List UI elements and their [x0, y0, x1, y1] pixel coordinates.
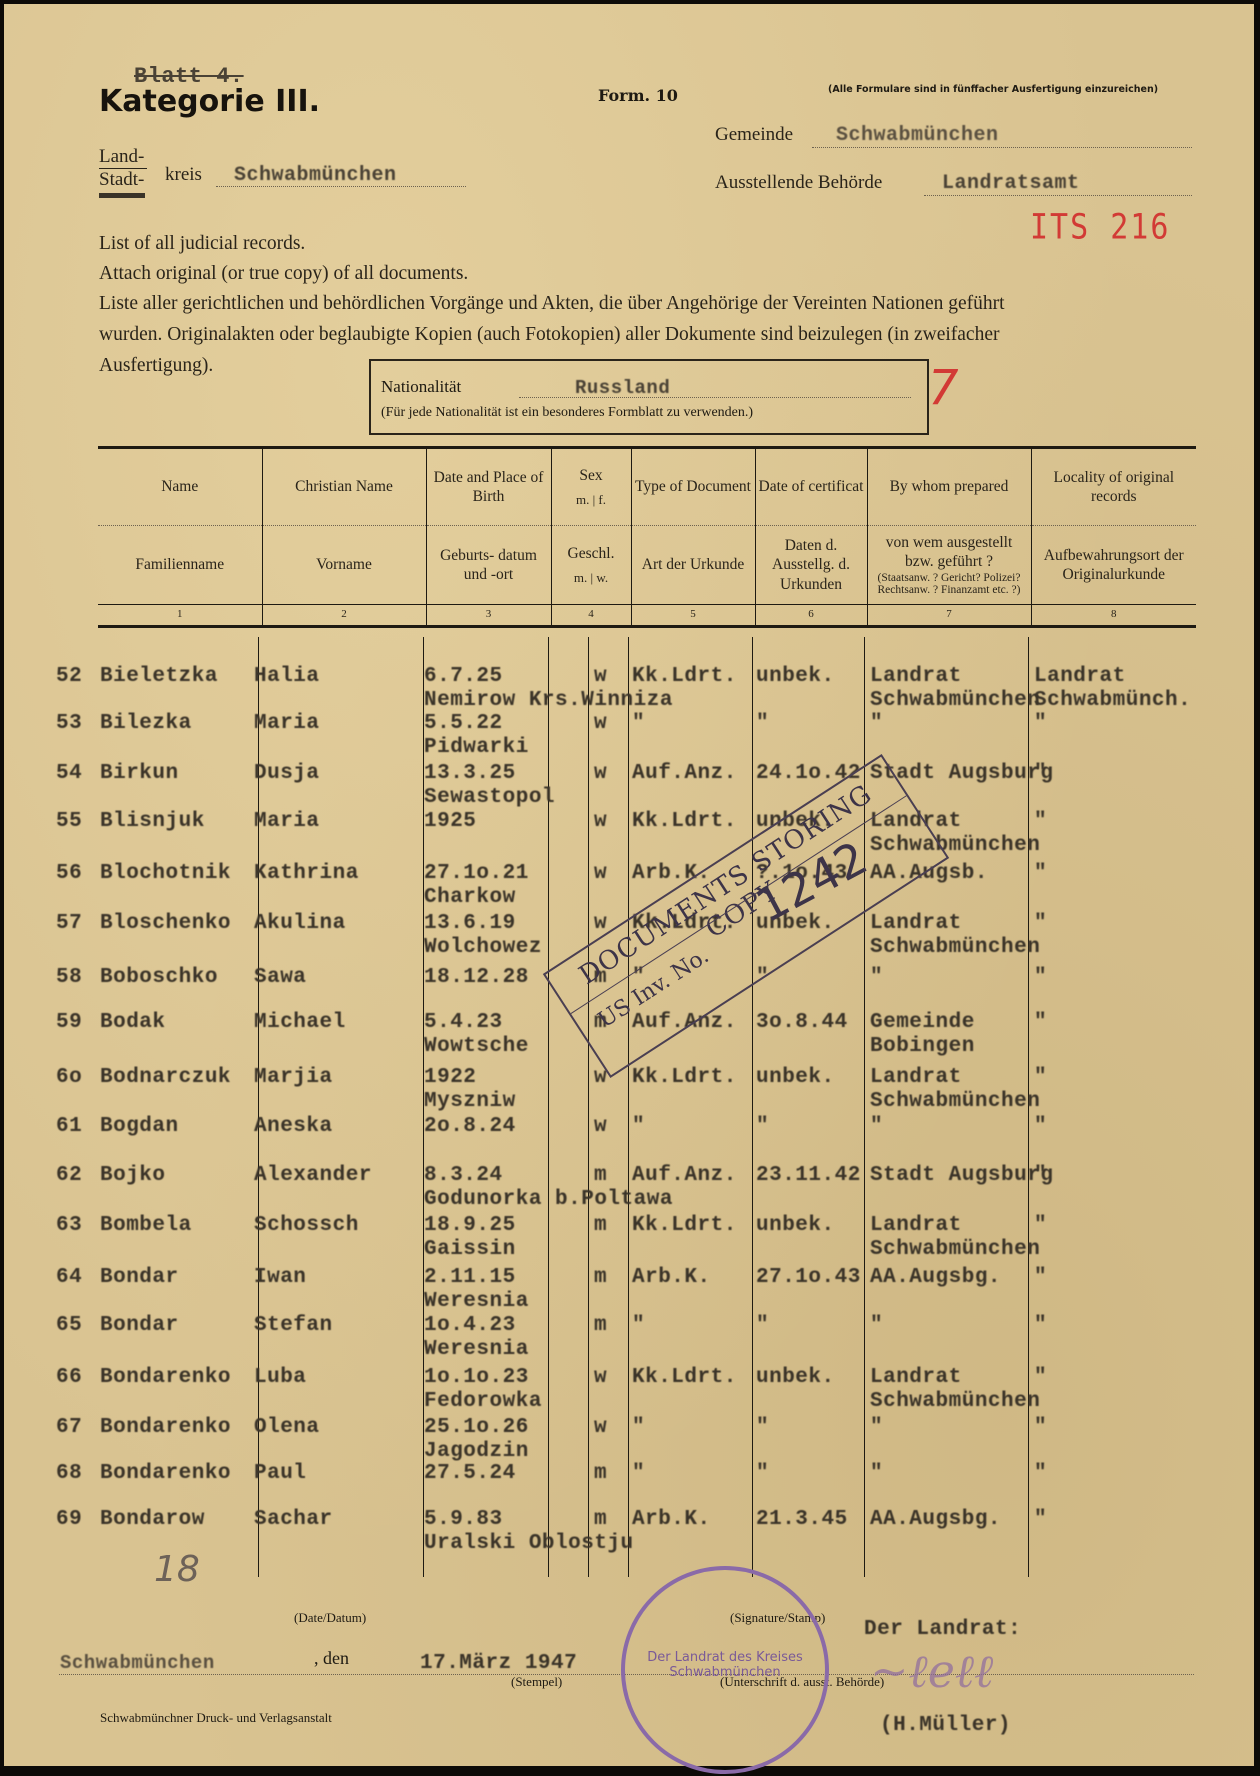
- col-number: 6: [755, 605, 867, 627]
- certificate-date: ": [756, 1115, 769, 1138]
- certificate-date: ": [756, 1416, 769, 1439]
- birth-date: 27.1o.21: [424, 862, 529, 885]
- gemeinde-label: Gemeinde: [715, 124, 793, 146]
- row-number: 63: [56, 1214, 82, 1237]
- row-number: 52: [56, 665, 82, 688]
- family-name: Bieletzka: [100, 665, 218, 688]
- col-doctype-en: Type of Document: [631, 448, 755, 526]
- family-name: Bilezka: [100, 712, 192, 735]
- row-number: 55: [56, 810, 82, 833]
- behoerde-label: Ausstellende Behörde: [715, 172, 882, 194]
- christian-name: Stefan: [254, 1314, 333, 1337]
- instruction-de-1: Liste aller gerichtlichen und behördlich…: [99, 293, 1005, 315]
- birth-date: 2.11.15: [424, 1266, 516, 1289]
- nationality-note: (Für jede Nationalität ist ein besondere…: [381, 405, 753, 421]
- form-number: Form. 10: [598, 86, 678, 105]
- birth-date: 5.5.22: [424, 712, 503, 735]
- column-rule: [752, 637, 753, 1577]
- column-rule: [548, 637, 549, 1577]
- christian-name: Iwan: [254, 1266, 306, 1289]
- christian-name: Maria: [254, 712, 320, 735]
- birth-place: Fedorowka: [424, 1390, 542, 1413]
- instruction-en-2: Attach original (or true copy) of all do…: [99, 263, 468, 285]
- col-birth-en: Date and Place of Birth: [426, 448, 551, 526]
- certificate-date: ": [756, 1462, 769, 1485]
- birth-place: Pidwarki: [424, 736, 529, 759]
- birth-date: 13.3.25: [424, 762, 516, 785]
- birth-place: Wowtsche: [424, 1035, 529, 1058]
- document-type: ": [632, 1115, 645, 1138]
- handwritten-signature: ~ℓeℓℓ: [870, 1644, 993, 1698]
- category-title: Kategorie III.: [99, 84, 320, 119]
- document-type: Kk.Ldrt.: [632, 1066, 737, 1089]
- col-christian-en: Christian Name: [262, 448, 426, 526]
- prepared-by: ": [870, 712, 1060, 736]
- records-locality: ": [1034, 1508, 1244, 1532]
- row-number: 54: [56, 762, 82, 785]
- certificate-date: 3o.8.44: [756, 1011, 848, 1034]
- records-locality: ": [1034, 1115, 1244, 1139]
- sex: w: [594, 712, 607, 735]
- sex: w: [594, 862, 607, 885]
- family-name: Birkun: [100, 762, 179, 785]
- birth-date: 5.4.23: [424, 1011, 503, 1034]
- certificate-date: unbek.: [756, 665, 835, 688]
- prepared-by: Stadt Augsburg: [870, 1164, 1060, 1188]
- prepared-by: AA.Augsbg.: [870, 1508, 1060, 1532]
- behoerde-field: Landratsamt: [924, 172, 1192, 196]
- row-number: 66: [56, 1366, 82, 1389]
- sex: w: [594, 912, 607, 935]
- col-number: 8: [1031, 605, 1196, 627]
- records-locality: ": [1034, 1366, 1244, 1390]
- gemeinde-field: Schwabmünchen: [812, 124, 1192, 148]
- sex: w: [594, 1115, 607, 1138]
- col-christian-de: Vorname: [262, 526, 426, 605]
- christian-name: Paul: [254, 1462, 306, 1485]
- prepared-by: ": [870, 1462, 1060, 1486]
- birth-place: Wolchowez: [424, 936, 542, 959]
- col-number: 1: [98, 605, 262, 627]
- records-locality: ": [1034, 762, 1244, 786]
- christian-name: Halia: [254, 665, 320, 688]
- birth-date: 1o.4.23: [424, 1314, 516, 1337]
- col-prepared-en: By whom prepared: [867, 448, 1031, 526]
- records-locality: ": [1034, 1462, 1244, 1486]
- certificate-date: unbek.: [756, 1066, 835, 1089]
- christian-name: Maria: [254, 810, 320, 833]
- birth-place: Nemirow Krs.Winniza: [424, 689, 673, 712]
- document-type: ": [632, 1314, 645, 1337]
- column-rule: [628, 637, 629, 1577]
- birth-place: Godunorka b.Poltawa: [424, 1188, 673, 1211]
- document-type: Kk.Ldrt.: [632, 665, 737, 688]
- prepared-by: ": [870, 966, 1060, 990]
- birth-place: Sewastopol: [424, 786, 555, 809]
- its-stamp: ITS 216: [1030, 207, 1170, 247]
- christian-name: Akulina: [254, 912, 346, 935]
- document-type: Kk.Ldrt.: [632, 1366, 737, 1389]
- document-type: Kk.Ldrt.: [632, 810, 737, 833]
- birth-date: 5.9.83: [424, 1508, 503, 1531]
- sex: m: [594, 1508, 607, 1531]
- document-type: Arb.K.: [632, 1266, 711, 1289]
- prepared-by: Landrat Schwabmünchen: [870, 1214, 1060, 1262]
- prepared-by: Landrat Schwabmünchen: [870, 912, 1060, 960]
- kreis-type-label: Land- Stadt-: [99, 146, 147, 198]
- records-locality: ": [1034, 1266, 1244, 1290]
- birth-place: Myszniw: [424, 1090, 516, 1113]
- family-name: Bloschenko: [100, 912, 231, 935]
- row-number: 67: [56, 1416, 82, 1439]
- col-prepared-de: von wem ausgestellt bzw. geführt ?(Staat…: [867, 526, 1031, 605]
- row-number: 61: [56, 1115, 82, 1138]
- row-number: 6o: [56, 1066, 82, 1089]
- records-locality: Landrat Schwabmünch.: [1034, 665, 1244, 713]
- stempel-label: (Stempel): [511, 1674, 562, 1690]
- document-type: Arb.K.: [632, 1508, 711, 1531]
- col-doctype-de: Art der Urkunde: [631, 526, 755, 605]
- birth-date: 25.1o.26: [424, 1416, 529, 1439]
- document-type: ": [632, 1416, 645, 1439]
- christian-name: Alexander: [254, 1164, 372, 1187]
- records-locality: ": [1034, 912, 1244, 936]
- col-number: 4: [551, 605, 631, 627]
- row-number: 57: [56, 912, 82, 935]
- certificate-date: ": [756, 712, 769, 735]
- christian-name: Michael: [254, 1011, 346, 1034]
- family-name: Blochotnik: [100, 862, 231, 885]
- sex: m: [594, 1214, 607, 1237]
- kreis-label: kreis: [165, 164, 202, 186]
- prepared-by: Landrat Schwabmünchen: [870, 1366, 1060, 1414]
- family-name: Bondarenko: [100, 1462, 231, 1485]
- family-name: Bodak: [100, 1011, 166, 1034]
- prepared-by: Landrat Schwabmünchen: [870, 1066, 1060, 1114]
- col-number: 7: [867, 605, 1031, 627]
- certificate-date: 23.11.42: [756, 1164, 861, 1187]
- birth-place: Uralski Oblostju: [424, 1532, 634, 1555]
- col-locality-de: Aufbewahrungsort der Originalurkunde: [1031, 526, 1196, 605]
- records-locality: ": [1034, 1314, 1244, 1338]
- row-number: 65: [56, 1314, 82, 1337]
- birth-date: 27.5.24: [424, 1462, 516, 1485]
- family-name: Bondar: [100, 1266, 179, 1289]
- document-page: Blatt 4. Kategorie III. Form. 10 (Alle F…: [4, 4, 1254, 1766]
- records-locality: ": [1034, 1011, 1244, 1035]
- birth-date: 6.7.25: [424, 665, 503, 688]
- date-value: 17.März 1947: [420, 1652, 577, 1675]
- birth-date: 18.9.25: [424, 1214, 516, 1237]
- records-locality: ": [1034, 966, 1244, 990]
- col-sex-de: Geschl.m. | w.: [551, 526, 631, 605]
- den-label: , den: [314, 1648, 349, 1669]
- official-title: Der Landrat:: [864, 1618, 1021, 1641]
- records-table-header: Name Christian Name Date and Place of Bi…: [98, 446, 1196, 628]
- sex: w: [594, 1416, 607, 1439]
- christian-name: Sawa: [254, 966, 306, 989]
- prepared-by: Gemeinde Bobingen: [870, 1011, 1060, 1059]
- official-name: (H.Müller): [880, 1714, 1011, 1737]
- printer-imprint: Schwabmünchner Druck- und Verlagsanstalt: [100, 1710, 332, 1726]
- birth-date: 8.3.24: [424, 1164, 503, 1187]
- christian-name: Schossch: [254, 1214, 359, 1237]
- records-locality: ": [1034, 1066, 1244, 1090]
- birth-place: Charkow: [424, 886, 516, 909]
- row-number: 64: [56, 1266, 82, 1289]
- certificate-date: ": [756, 1314, 769, 1337]
- sex: m: [594, 1462, 607, 1485]
- kreis-field: Schwabmünchen: [216, 164, 466, 187]
- family-name: Bogdan: [100, 1115, 179, 1138]
- family-name: Bondarenko: [100, 1416, 231, 1439]
- family-name: Bodnarczuk: [100, 1066, 231, 1089]
- christian-name: Marjia: [254, 1066, 333, 1089]
- family-name: Bondarow: [100, 1508, 205, 1531]
- birth-date: 2o.8.24: [424, 1115, 516, 1138]
- family-name: Boboschko: [100, 966, 218, 989]
- records-locality: ": [1034, 1164, 1244, 1188]
- date-label: (Date/Datum): [294, 1610, 366, 1626]
- col-name-de: Familienname: [98, 526, 262, 605]
- christian-name: Kathrina: [254, 862, 359, 885]
- document-type: ": [632, 1462, 645, 1485]
- records-locality: ": [1034, 1416, 1244, 1440]
- official-seal: Der Landrat des Kreises Schwabmünchen: [621, 1566, 829, 1774]
- sex: m: [594, 1266, 607, 1289]
- certificate-date: 27.1o.43: [756, 1266, 861, 1289]
- nationality-label: Nationalität: [381, 377, 461, 397]
- document-type: Auf.Anz.: [632, 762, 737, 785]
- records-locality: ": [1034, 862, 1244, 886]
- red-mark: 7: [928, 360, 959, 416]
- nationality-box: Nationalität Russland (Für jede National…: [369, 359, 929, 435]
- prepared-by: ": [870, 1115, 1060, 1139]
- col-number: 3: [426, 605, 551, 627]
- col-birth-de: Geburts- datum und -ort: [426, 526, 551, 605]
- col-sex-en: Sexm. | f.: [551, 448, 631, 526]
- family-name: Bojko: [100, 1164, 166, 1187]
- birth-date: 13.6.19: [424, 912, 516, 935]
- prepared-by: AA.Augsbg.: [870, 1266, 1060, 1290]
- nationality-field: Russland: [519, 377, 911, 398]
- birth-date: 1922: [424, 1066, 476, 1089]
- col-number: 2: [262, 605, 426, 627]
- strike-mark: [99, 193, 145, 198]
- submission-note: (Alle Formulare sind in fünffacher Ausfe…: [828, 84, 1158, 95]
- birth-date: 1925: [424, 810, 476, 833]
- certificate-date: 21.3.45: [756, 1508, 848, 1531]
- sex: w: [594, 762, 607, 785]
- place-value: Schwabmünchen: [60, 1652, 215, 1674]
- instruction-de-3: Ausfertigung).: [99, 355, 213, 377]
- row-number: 53: [56, 712, 82, 735]
- document-type: Auf.Anz.: [632, 1164, 737, 1187]
- col-locality-en: Locality of original records: [1031, 448, 1196, 526]
- prepared-by: ": [870, 1416, 1060, 1440]
- sex: w: [594, 1366, 607, 1389]
- family-name: Bombela: [100, 1214, 192, 1237]
- birth-place: Jagodzin: [424, 1440, 529, 1463]
- handwritten-number: 18: [154, 1549, 200, 1590]
- christian-name: Luba: [254, 1366, 306, 1389]
- col-number: 5: [631, 605, 755, 627]
- column-rule: [588, 637, 589, 1577]
- christian-name: Olena: [254, 1416, 320, 1439]
- row-number: 59: [56, 1011, 82, 1034]
- row-number: 68: [56, 1462, 82, 1485]
- row-number: 58: [56, 966, 82, 989]
- family-name: Bondar: [100, 1314, 179, 1337]
- certificate-date: unbek.: [756, 1366, 835, 1389]
- instruction-de-2: wurden. Originalakten oder beglaubigte K…: [99, 324, 999, 346]
- birth-place: Gaissin: [424, 1238, 516, 1261]
- sex: w: [594, 810, 607, 833]
- records-locality: ": [1034, 712, 1244, 736]
- christian-name: Sachar: [254, 1508, 333, 1531]
- birth-date: 18.12.28: [424, 966, 529, 989]
- sex: w: [594, 665, 607, 688]
- family-name: Bondarenko: [100, 1366, 231, 1389]
- row-number: 62: [56, 1164, 82, 1187]
- certificate-date: unbek.: [756, 1214, 835, 1237]
- family-name: Blisnjuk: [100, 810, 205, 833]
- sex: m: [594, 1314, 607, 1337]
- row-number: 56: [56, 862, 82, 885]
- christian-name: Dusja: [254, 762, 320, 785]
- document-type: Kk.Ldrt.: [632, 1214, 737, 1237]
- prepared-by: ": [870, 1314, 1060, 1338]
- birth-date: 1o.1o.23: [424, 1366, 529, 1389]
- birth-place: Weresnia: [424, 1290, 529, 1313]
- sex: m: [594, 1164, 607, 1187]
- instruction-en-1: List of all judicial records.: [99, 233, 305, 255]
- christian-name: Aneska: [254, 1115, 333, 1138]
- document-type: ": [632, 712, 645, 735]
- prepared-by: Landrat Schwabmünchen: [870, 665, 1060, 713]
- col-certdate-de: Daten d. Ausstellg. d. Urkunden: [755, 526, 867, 605]
- records-locality: ": [1034, 1214, 1244, 1238]
- col-name-en: Name: [98, 448, 262, 526]
- row-number: 69: [56, 1508, 82, 1531]
- col-certdate-en: Date of certificat: [755, 448, 867, 526]
- birth-place: Weresnia: [424, 1338, 529, 1361]
- records-locality: ": [1034, 810, 1244, 834]
